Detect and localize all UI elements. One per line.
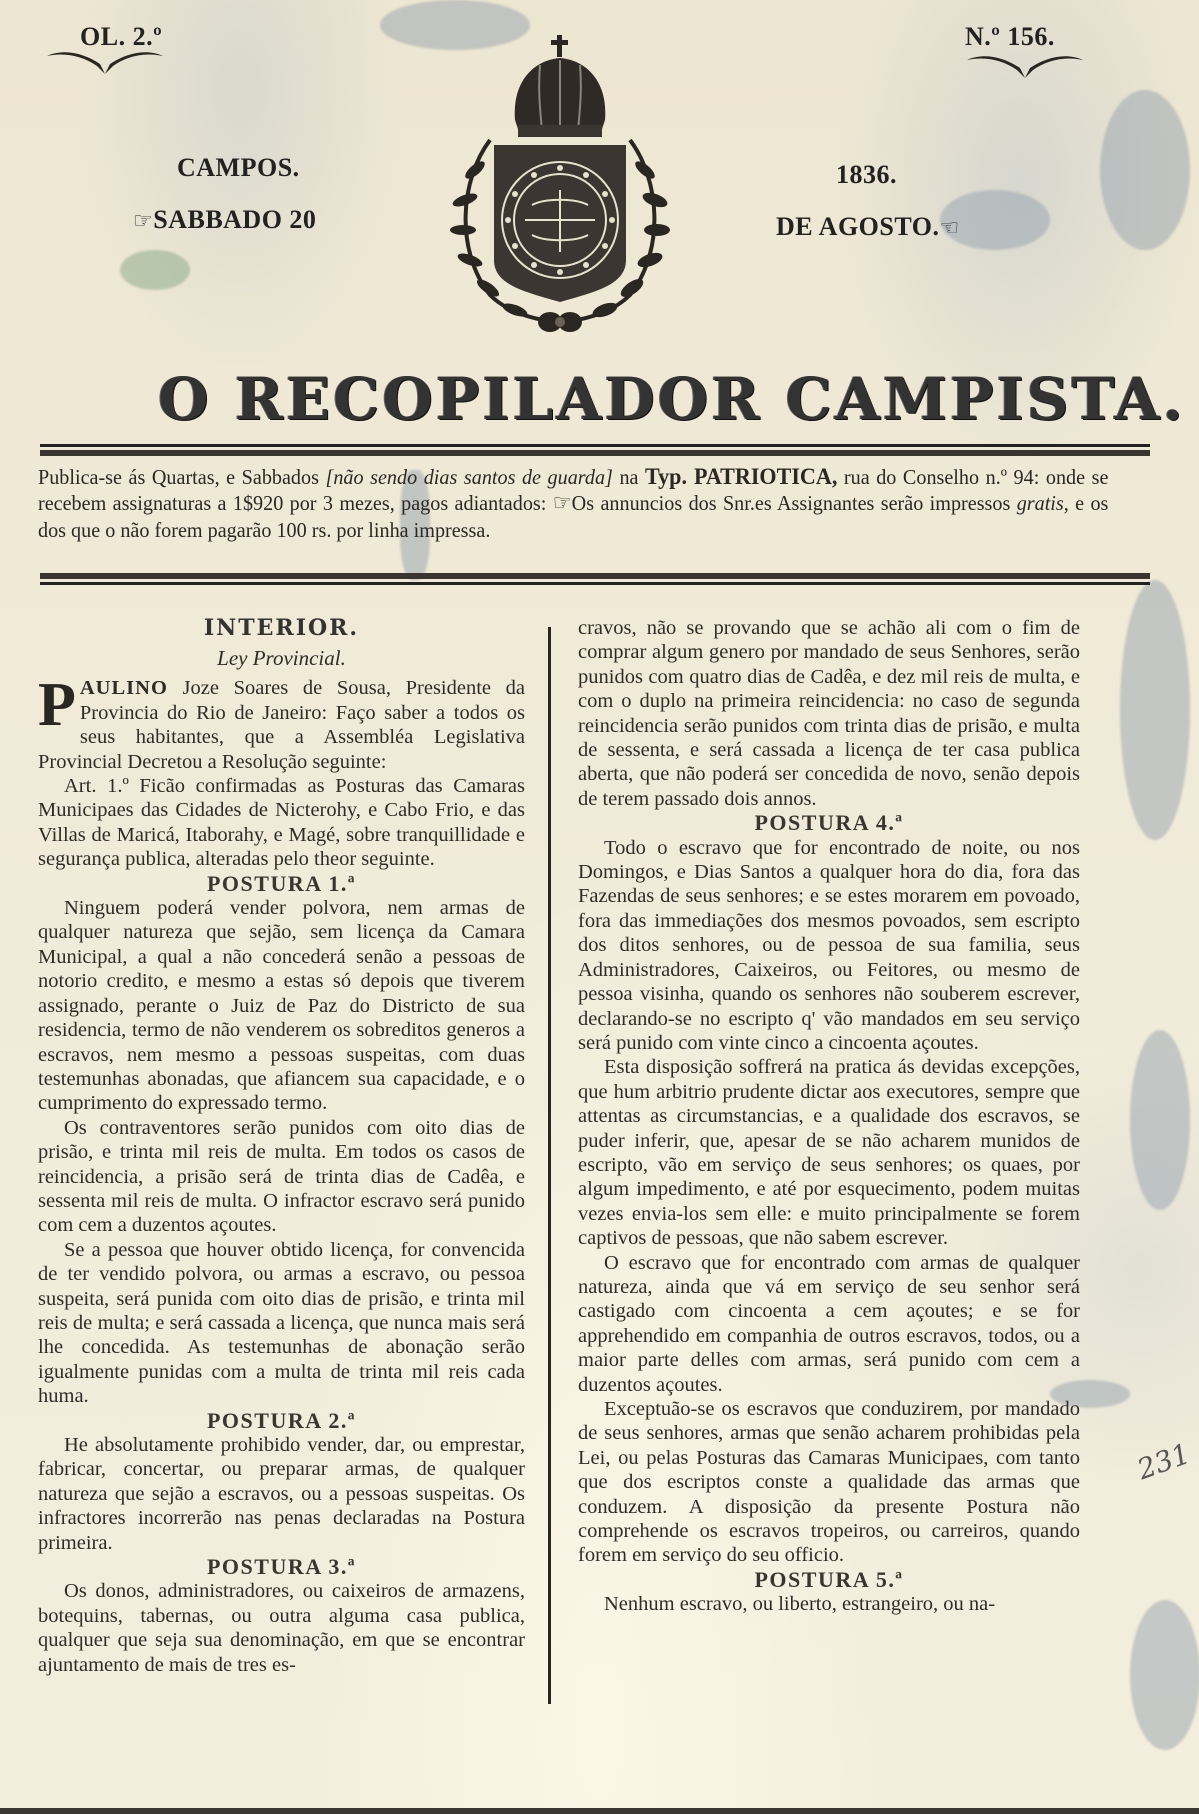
postura-3-paragraph: Os donos, administradores, ou caixeiros … [38,1579,525,1677]
issue-number: N.º 156. [965,22,1055,52]
postura-5-paragraph: Nenhum escravo, ou liberto, estrangeiro,… [578,1592,1080,1616]
column-divider [548,627,551,1704]
left-column: INTERIOR. Ley Provincial. PAULINO Joze S… [38,616,525,1677]
postura-4-paragraph: Todo o escravo que for encontrado de noi… [578,836,1080,1056]
page-bottom-edge [0,1808,1199,1814]
section-heading-interior: INTERIOR. [38,616,525,640]
year-label: 1836. [836,160,897,190]
date-month: DE AGOSTO.☜ [776,212,960,242]
pointing-hand-right-icon: ☞ [133,209,153,234]
water-stain [1100,90,1190,250]
postura-4-paragraph: Exceptuão-se os escravos que conduzirem,… [578,1397,1080,1568]
drop-cap: P [38,680,76,730]
month-text: DE AGOSTO. [776,212,939,241]
notice-rule [40,573,1150,579]
postura-1-paragraph: Se a pessoa que houver obtido licença, f… [38,1238,525,1409]
postura-1-paragraph: Os contraventores serão punidos com oito… [38,1116,525,1238]
publication-notice: Publica-se ás Quartas, e Sabbados [não s… [38,464,1108,543]
postura-5-heading: POSTURA 5.ª [578,1568,1080,1592]
postura-2-paragraph: He absolutamente prohibido vender, dar, … [38,1433,525,1555]
postura-3-heading: POSTURA 3.ª [38,1555,525,1579]
water-stain [1130,1600,1199,1750]
water-stain [120,250,190,290]
notice-rule [40,582,1150,585]
date-weekday-day: ☞SABBADO 20 [133,205,316,235]
brace-ornament-right [965,52,1085,80]
imperial-coat-of-arms-icon [420,30,700,340]
printer-name: Typ. PATRIOTICA, [645,464,837,489]
intro-paragraph: PAULINO Joze Soares de Sousa, Presidente… [38,676,525,774]
water-stain [1130,1030,1190,1210]
title-rule [40,444,1150,447]
postura-1-paragraph: Ninguem poderá vender polvora, nem armas… [38,896,525,1116]
postura-4-paragraph: Esta disposição soffrerá na pratica ás d… [578,1055,1080,1250]
newspaper-title: O RECOPILADOR CAMPISTA. [158,365,1038,433]
place-label: CAMPOS. [177,153,300,183]
postura-1-heading: POSTURA 1.ª [38,872,525,896]
continuation-paragraph: cravos, não se provando que se achão ali… [578,616,1080,811]
postura-4-paragraph: O escravo que for encontrado com armas d… [578,1251,1080,1397]
title-rule [40,450,1150,456]
weekday-day-text: SABBADO 20 [153,205,316,234]
postura-4-heading: POSTURA 4.ª [578,811,1080,835]
right-column: cravos, não se provando que se achão ali… [578,616,1080,1617]
pointing-hand-right-icon: ☞ [553,491,572,516]
brace-ornament-left [45,48,165,76]
postura-2-heading: POSTURA 2.ª [38,1409,525,1433]
pointing-hand-left-icon: ☜ [939,216,959,241]
subheading-ley-provincial: Ley Provincial. [38,640,525,676]
article-1: Art. 1.º Ficão confirmadas as Posturas d… [38,774,525,872]
handwritten-margin-note: 231 [1133,1437,1195,1486]
water-stain [1120,580,1190,840]
